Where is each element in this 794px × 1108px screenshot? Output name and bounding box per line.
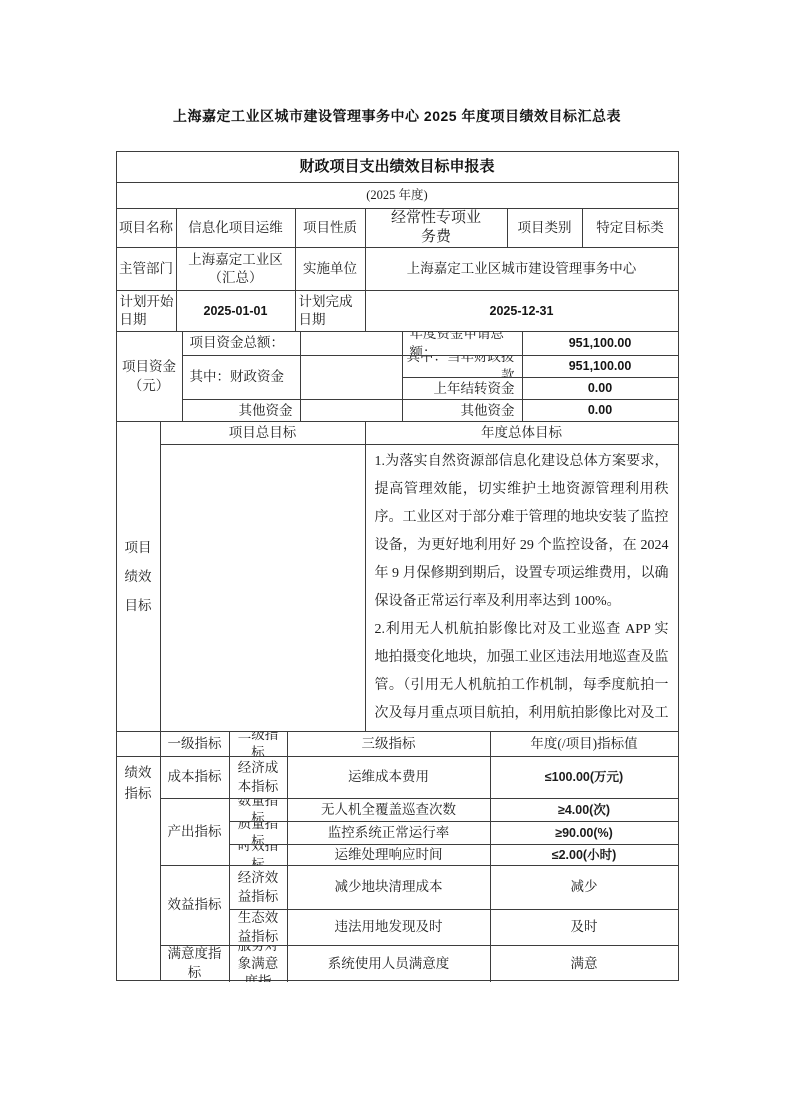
indicator-level3: 违法用地发现及时 — [287, 910, 490, 945]
plan-dates-row: 计划开始日期 2025-01-01 计划完成日期 2025-12-31 — [117, 290, 678, 331]
annual-request-value: 951,100.00 — [522, 332, 678, 355]
indicator-value: 满意 — [490, 946, 678, 982]
table-row: 时效指标 运维处理响应时间 ≤2.00(小时) — [229, 844, 678, 866]
end-date-value: 2025-12-31 — [365, 291, 678, 331]
output-group-label: 产出指标 — [160, 799, 229, 865]
value-header: 年度(/项目)指标值 — [490, 732, 678, 756]
indicators-header-row: 一级指标 二级指标 三级指标 年度(/项目)指标值 — [117, 731, 678, 756]
funding-fiscal-label: 其中：财政资金 — [182, 356, 300, 400]
start-date-value: 2025-01-01 — [176, 291, 295, 331]
form-period: (2025 年度) — [117, 183, 678, 208]
basic-info-row-2: 主管部门 上海嘉定工业区（汇总） 实施单位 上海嘉定工业区城市建设管理事务中心 — [117, 247, 678, 290]
indicator-level2: 服务对象满意度指 — [229, 946, 287, 982]
indicator-value: 及时 — [490, 910, 678, 945]
declaration-form-table: 财政项目支出绩效目标申报表 (2025 年度) 项目名称 信息化项目运维 项目性… — [116, 151, 679, 981]
indicators-section-label: 绩效指标 — [117, 757, 160, 980]
overall-goal-text — [160, 445, 365, 731]
indicator-level3: 监控系统正常运行率 — [287, 822, 490, 844]
satisfaction-group-rows: 服务对象满意度指 系统使用人员满意度 满意 — [229, 946, 678, 981]
dept-value: 上海嘉定工业区（汇总） — [176, 248, 295, 290]
funding-section-label: 项目资金（元） — [117, 332, 182, 421]
project-category-label: 项目类别 — [507, 209, 582, 247]
table-row: 生态效益指标 违法用地发现及时 及时 — [229, 909, 678, 945]
document-page: 上海嘉定工业区城市建设管理事务中心 2025 年度项目绩效目标汇总表 财政项目支… — [0, 0, 794, 1108]
indicator-level2: 经济成本指标 — [229, 757, 287, 798]
funding-fiscal-value — [300, 356, 402, 400]
goals-right-part: 项目总目标 年度总体目标 1.为落实自然资源部信息化建设总体方案要求，提高管理效… — [160, 422, 678, 731]
funding-right-row-other: 其他资金 0.00 — [402, 399, 678, 421]
benefit-group-label: 效益指标 — [160, 866, 229, 945]
indicator-level3: 运维处理响应时间 — [287, 845, 490, 866]
appropriation-label: 其中：当年财政拨款 — [402, 356, 522, 377]
impl-unit-value: 上海嘉定工业区城市建设管理事务中心 — [365, 248, 678, 290]
cost-group-rows: 经济成本指标 运维成本费用 ≤100.00(万元) — [229, 757, 678, 798]
form-period-row: (2025 年度) — [117, 182, 678, 208]
level1-header: 一级指标 — [160, 732, 229, 756]
indicator-level3: 运维成本费用 — [287, 757, 490, 798]
table-row: 经济成本指标 运维成本费用 ≤100.00(万元) — [229, 757, 678, 798]
basic-info-row-1: 项目名称 信息化项目运维 项目性质 经常性专项业务费 项目类别 特定目标类 — [117, 208, 678, 247]
goals-header-row: 项目总目标 年度总体目标 — [160, 422, 678, 444]
funding-total-label: 项目资金总额： — [182, 332, 300, 355]
indicator-value: ≥4.00(次) — [490, 799, 678, 821]
start-date-label: 计划开始日期 — [117, 291, 176, 331]
annual-goal-text: 1.为落实自然资源部信息化建设总体方案要求，提高管理效能，切实维护土地资源管理利… — [365, 445, 678, 731]
indicators-header-spacer — [117, 732, 160, 756]
funding-left-part: 项目资金总额： 其中：财政资金 其他资金 — [182, 332, 402, 421]
indicator-group-satisfaction: 满意度指标 服务对象满意度指 系统使用人员满意度 满意 — [160, 945, 678, 981]
cost-group-label: 成本指标 — [160, 757, 229, 798]
table-row: 经济效益指标 减少地块清理成本 减少 — [229, 866, 678, 909]
funding-right-part: 年度资金申请总额： 951,100.00 其中：当年财政拨款 951,100.0… — [402, 332, 678, 421]
annual-request-label: 年度资金申请总额： — [402, 332, 522, 355]
indicators-groups: 成本指标 经济成本指标 运维成本费用 ≤100.00(万元) 产出指标 — [160, 757, 678, 980]
indicator-level2: 质量指标 — [229, 822, 287, 844]
indicator-level3: 无人机全覆盖巡查次数 — [287, 799, 490, 821]
indicators-section: 绩效指标 成本指标 经济成本指标 运维成本费用 ≤100.00(万元) — [117, 756, 678, 980]
document-title: 上海嘉定工业区城市建设管理事务中心 2025 年度项目绩效目标汇总表 — [0, 0, 794, 126]
overall-goal-header: 项目总目标 — [160, 422, 365, 444]
form-title: 财政项目支出绩效目标申报表 — [117, 152, 678, 182]
project-category-value: 特定目标类 — [582, 209, 678, 247]
project-name-label: 项目名称 — [117, 209, 176, 247]
level2-header: 二级指标 — [229, 732, 287, 756]
carryover-label: 上年结转资金 — [402, 378, 522, 399]
goals-section-label: 项目绩效目标 — [117, 422, 160, 731]
project-nature-text: 经常性专项业务费 — [388, 209, 485, 247]
indicator-level2: 时效指标 — [229, 845, 287, 866]
indicator-group-benefit: 效益指标 经济效益指标 减少地块清理成本 减少 生态效益指标 违法用地发现及时 … — [160, 865, 678, 945]
funding-section: 项目资金（元） 项目资金总额： 其中：财政资金 其他资金 年度资金申请总额： — [117, 331, 678, 421]
funding-right-row-appropriation: 其中：当年财政拨款 951,100.00 — [402, 355, 678, 377]
appropriation-value: 951,100.00 — [522, 356, 678, 377]
indicator-level3: 减少地块清理成本 — [287, 866, 490, 909]
satisfaction-group-label: 满意度指标 — [160, 946, 229, 981]
funding-other-label: 其他资金 — [182, 400, 300, 421]
funding-other-value — [300, 400, 402, 421]
funding-left-row-other: 其他资金 — [182, 399, 402, 421]
form-title-row: 财政项目支出绩效目标申报表 — [117, 152, 678, 182]
funding-right-row-annual: 年度资金申请总额： 951,100.00 — [402, 332, 678, 355]
funding-total-value — [300, 332, 402, 355]
indicator-value: 减少 — [490, 866, 678, 909]
indicator-level2: 经济效益指标 — [229, 866, 287, 909]
goals-content-row: 1.为落实自然资源部信息化建设总体方案要求，提高管理效能，切实维护土地资源管理利… — [160, 444, 678, 731]
funding-right-row-carryover: 上年结转资金 0.00 — [402, 377, 678, 399]
indicator-level2: 生态效益指标 — [229, 910, 287, 945]
indicator-group-cost: 成本指标 经济成本指标 运维成本费用 ≤100.00(万元) — [160, 757, 678, 798]
funding-left-row-total: 项目资金总额： — [182, 332, 402, 355]
right-other-label: 其他资金 — [402, 400, 522, 421]
project-name-value: 信息化项目运维 — [176, 209, 295, 247]
indicator-value: ≤100.00(万元) — [490, 757, 678, 798]
table-row: 质量指标 监控系统正常运行率 ≥90.00(%) — [229, 821, 678, 844]
indicator-value: ≤2.00(小时) — [490, 845, 678, 866]
level3-header: 三级指标 — [287, 732, 490, 756]
dept-label: 主管部门 — [117, 248, 176, 290]
indicator-value: ≥90.00(%) — [490, 822, 678, 844]
indicator-group-output: 产出指标 数量指标 无人机全覆盖巡查次数 ≥4.00(次) 质量指标 监控系统正… — [160, 798, 678, 865]
output-group-rows: 数量指标 无人机全覆盖巡查次数 ≥4.00(次) 质量指标 监控系统正常运行率 … — [229, 799, 678, 865]
project-nature-label: 项目性质 — [295, 209, 365, 247]
benefit-group-rows: 经济效益指标 减少地块清理成本 减少 生态效益指标 违法用地发现及时 及时 — [229, 866, 678, 945]
annual-goal-header: 年度总体目标 — [365, 422, 678, 444]
funding-left-row-fiscal: 其中：财政资金 — [182, 355, 402, 400]
goals-section: 项目绩效目标 项目总目标 年度总体目标 1.为落实自然资源部信息化建设总体方案要… — [117, 421, 678, 731]
indicator-level2: 数量指标 — [229, 799, 287, 821]
table-row: 数量指标 无人机全覆盖巡查次数 ≥4.00(次) — [229, 799, 678, 821]
table-row: 服务对象满意度指 系统使用人员满意度 满意 — [229, 946, 678, 982]
impl-unit-label: 实施单位 — [295, 248, 365, 290]
project-nature-value: 经常性专项业务费 — [365, 209, 507, 247]
indicator-level3: 系统使用人员满意度 — [287, 946, 490, 982]
right-other-value: 0.00 — [522, 400, 678, 421]
carryover-value: 0.00 — [522, 378, 678, 399]
end-date-label: 计划完成日期 — [295, 291, 365, 331]
